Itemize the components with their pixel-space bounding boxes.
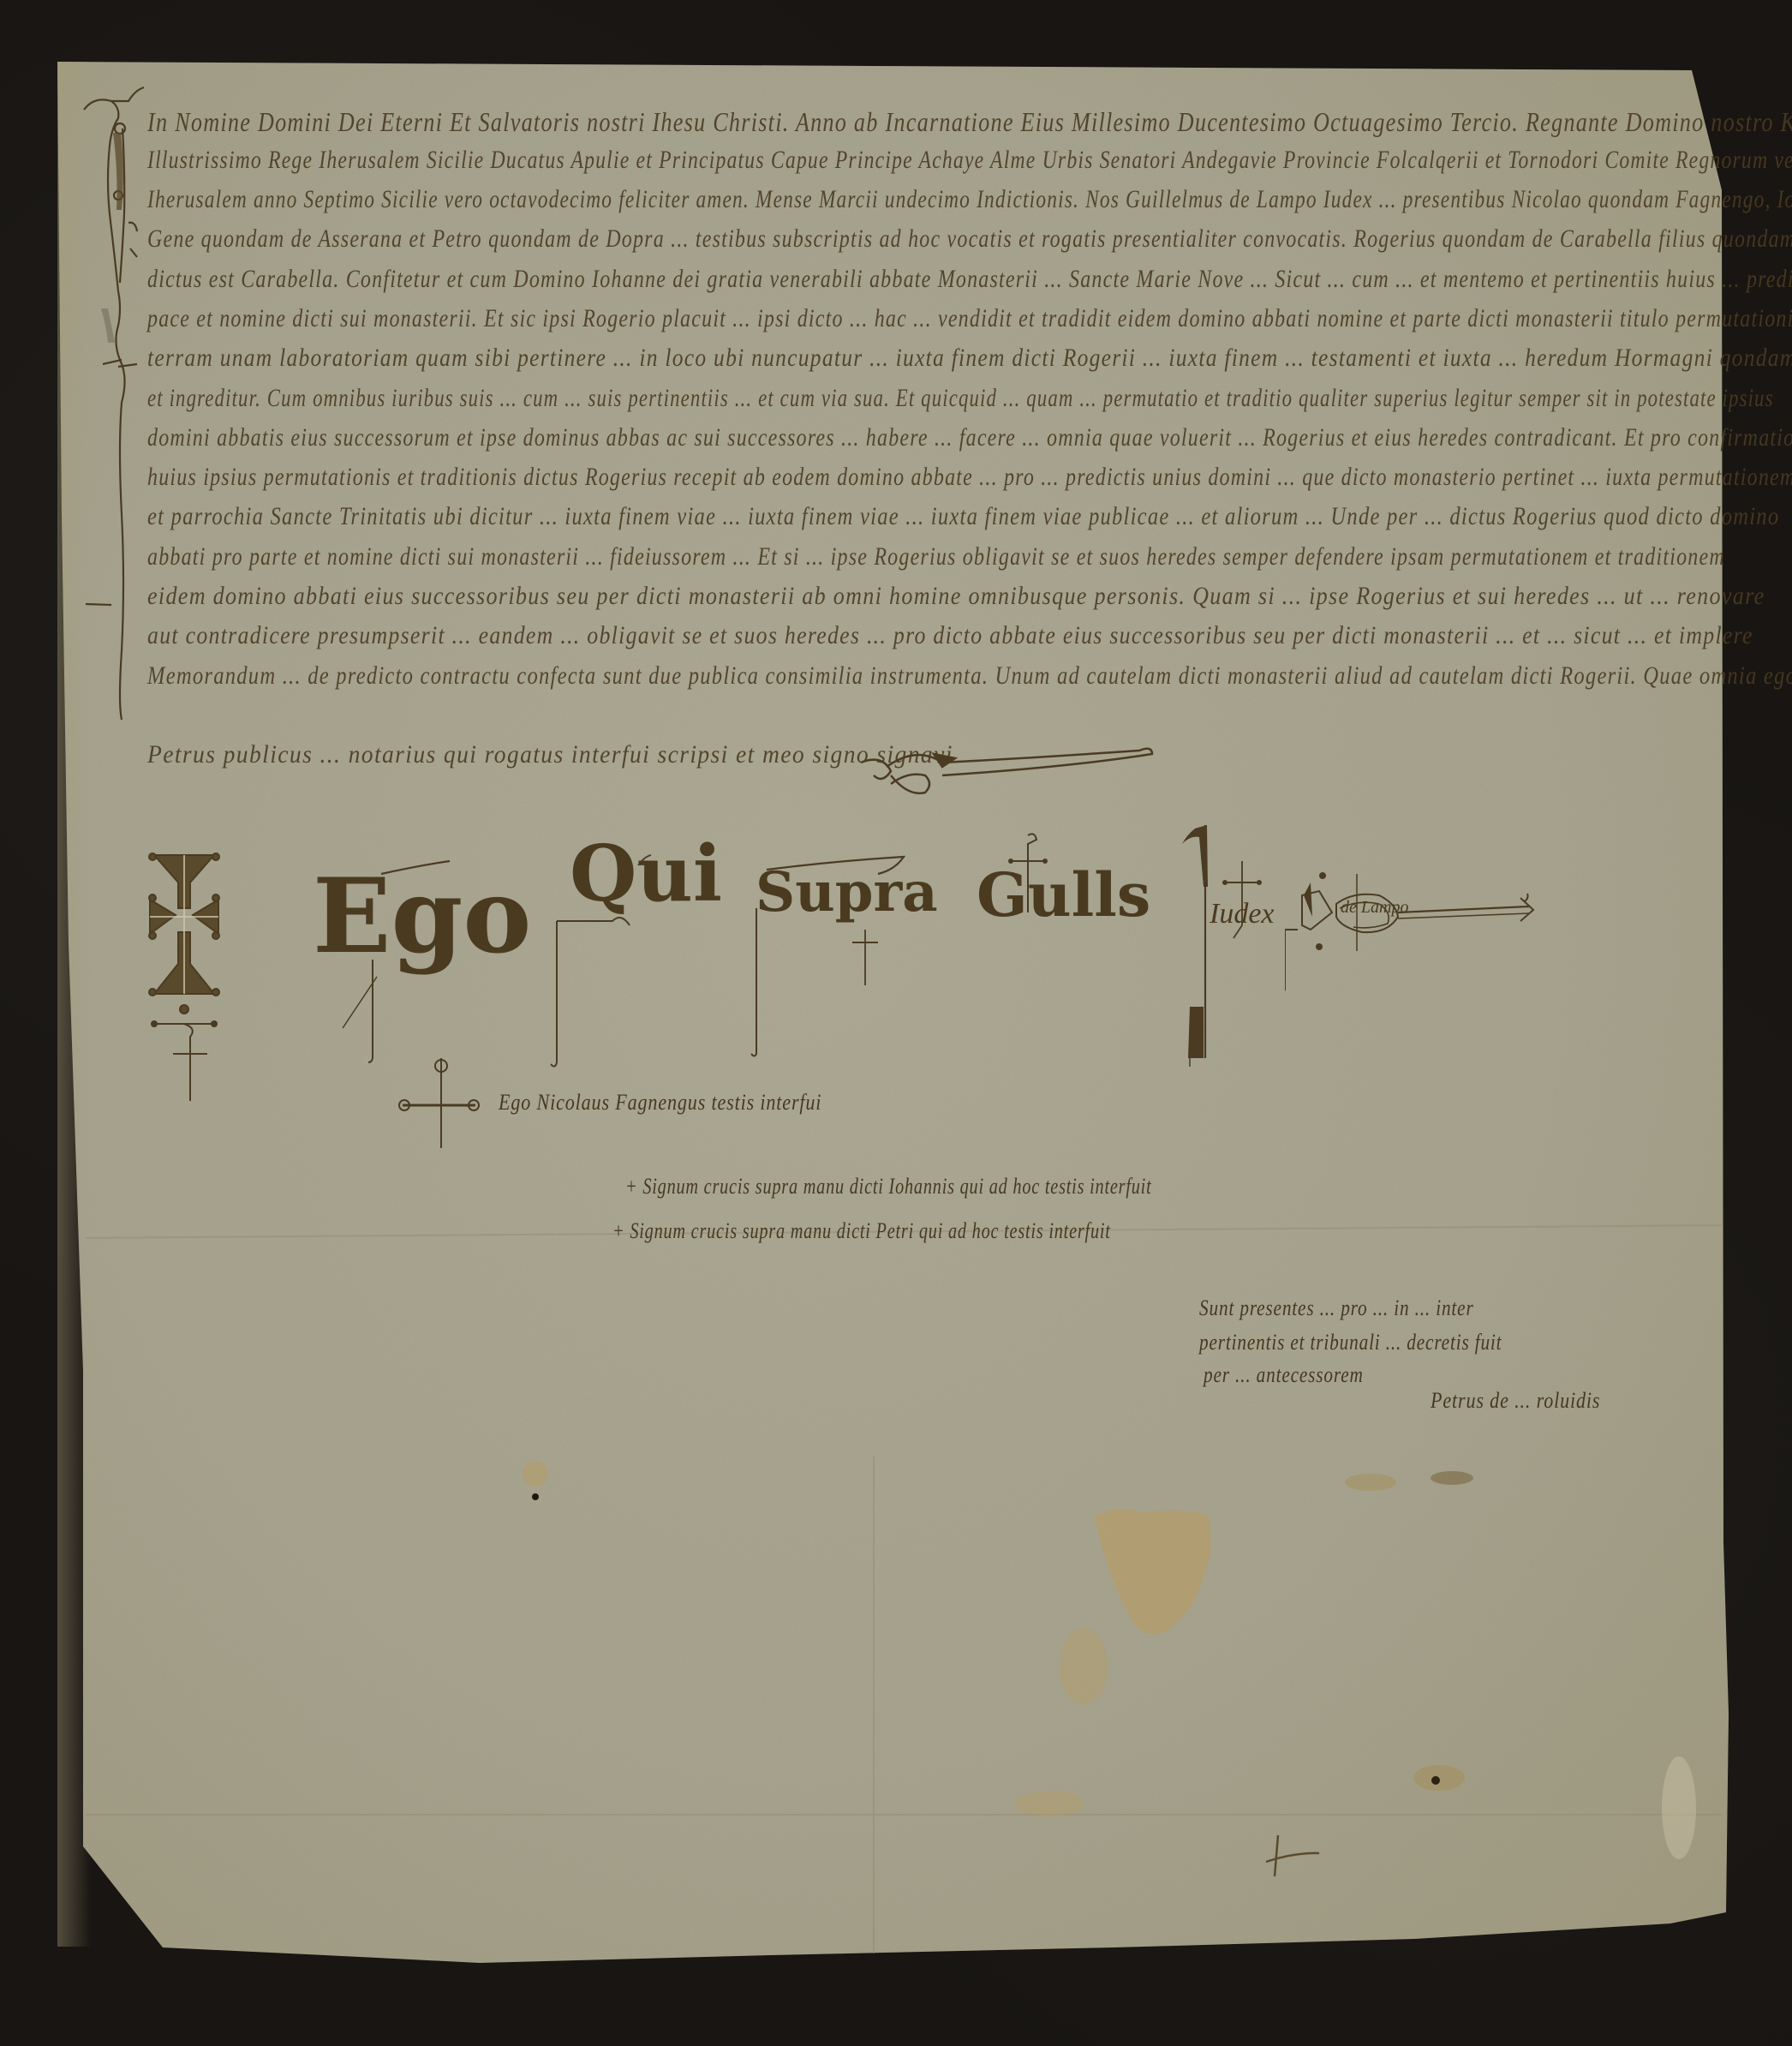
parchment-sheet — [0, 0, 1792, 2046]
